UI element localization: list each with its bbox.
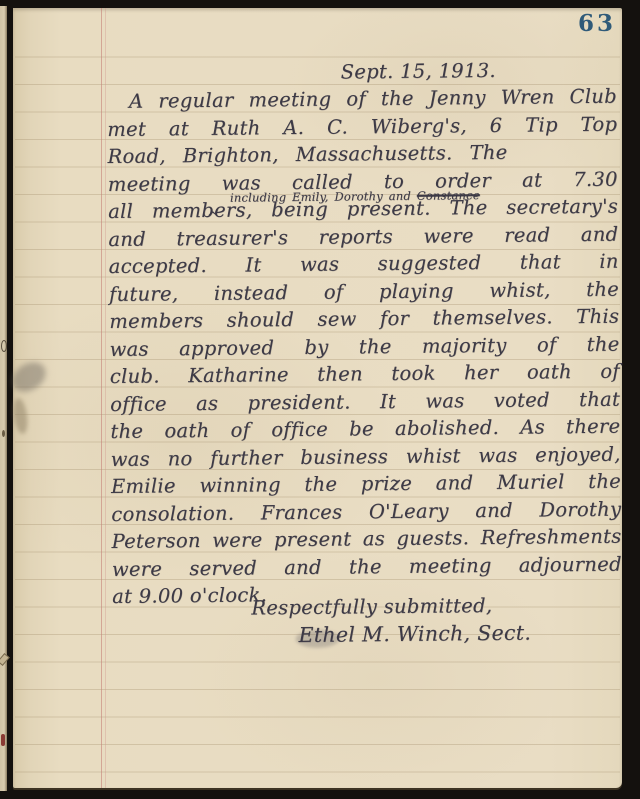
entry-line: at 9.00 o'clock. [112,583,267,608]
page-edge-mark [1,340,7,352]
closing-phrase: Respectfully submitted, [251,594,492,620]
entry-date: Sept. 15, 1913. [341,59,496,84]
notebook-page: 63 Sept. 15, 1913. A regular meeting of … [13,8,622,788]
red-margin-line [105,8,106,788]
red-margin-line [101,8,102,788]
handwritten-entry: Sept. 15, 1913. A regular meeting of the… [106,3,616,8]
scan-background: 63 Sept. 15, 1913. A regular meeting of … [0,0,640,799]
page-edge-mark [2,430,5,437]
page-number: 63 [578,10,616,37]
page-edge-mark [0,653,10,666]
entry-line: Road, Brighton, Massachusetts. The [107,141,507,168]
page-edge-mark [1,734,5,746]
previous-page-edge [0,6,7,791]
